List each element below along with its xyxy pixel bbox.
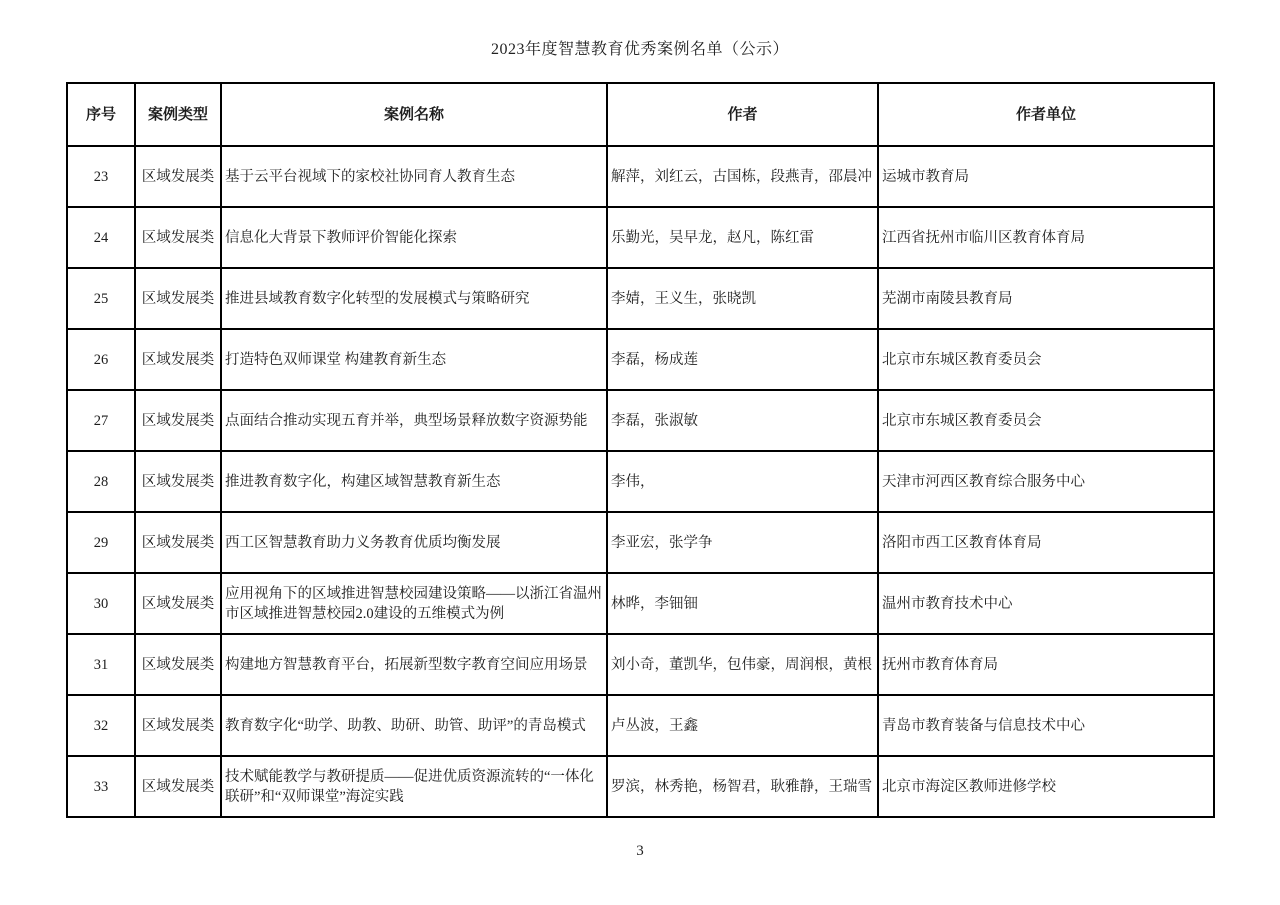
table-row: 31 区域发展类 构建地方智慧教育平台，拓展新型数字教育空间应用场景 刘小奇，董…: [67, 634, 1214, 695]
cell-authors: 李婧，王义生，张晓凯: [607, 268, 878, 329]
cell-authors: 解萍，刘红云，古国栋，段燕青，邵晨冲: [607, 146, 878, 207]
cell-serial-number: 33: [67, 756, 135, 817]
cell-authors: 林晔，李钿钿: [607, 573, 878, 634]
cell-authors: 李磊，杨成莲: [607, 329, 878, 390]
cell-author-unit: 抚州市教育体育局: [878, 634, 1214, 695]
cell-author-unit: 北京市东城区教育委员会: [878, 390, 1214, 451]
table-row: 28 区域发展类 推进教育数字化，构建区域智慧教育新生态 李伟， 天津市河西区教…: [67, 451, 1214, 512]
table-row: 32 区域发展类 教育数字化“助学、助教、助研、助管、助评”的青岛模式 卢丛波，…: [67, 695, 1214, 756]
cell-serial-number: 24: [67, 207, 135, 268]
cell-serial-number: 32: [67, 695, 135, 756]
cell-author-unit: 芜湖市南陵县教育局: [878, 268, 1214, 329]
table-row: 25 区域发展类 推进县域教育数字化转型的发展模式与策略研究 李婧，王义生，张晓…: [67, 268, 1214, 329]
table-body: 23 区域发展类 基于云平台视域下的家校社协同育人教育生态 解萍，刘红云，古国栋…: [67, 146, 1214, 817]
cell-case-type: 区域发展类: [135, 146, 221, 207]
cell-authors: 卢丛波，王鑫: [607, 695, 878, 756]
cell-authors: 刘小奇，董凯华，包伟豪，周润根，黄根: [607, 634, 878, 695]
cell-serial-number: 25: [67, 268, 135, 329]
table-row: 23 区域发展类 基于云平台视域下的家校社协同育人教育生态 解萍，刘红云，古国栋…: [67, 146, 1214, 207]
cell-author-unit: 运城市教育局: [878, 146, 1214, 207]
cell-case-name: 点面结合推动实现五育并举，典型场景释放数字资源势能: [221, 390, 607, 451]
cell-case-name: 信息化大背景下教师评价智能化探索: [221, 207, 607, 268]
cell-case-name: 西工区智慧教育助力义务教育优质均衡发展: [221, 512, 607, 573]
cell-serial-number: 29: [67, 512, 135, 573]
header-authors: 作者: [607, 83, 878, 146]
cell-author-unit: 北京市海淀区教师进修学校: [878, 756, 1214, 817]
cell-serial-number: 27: [67, 390, 135, 451]
cell-serial-number: 31: [67, 634, 135, 695]
cell-author-unit: 天津市河西区教育综合服务中心: [878, 451, 1214, 512]
cell-authors: 李磊，张淑敏: [607, 390, 878, 451]
table-row: 30 区域发展类 应用视角下的区域推进智慧校园建设策略——以浙江省温州市区域推进…: [67, 573, 1214, 634]
cell-author-unit: 北京市东城区教育委员会: [878, 329, 1214, 390]
case-list-table: 序号 案例类型 案例名称 作者 作者单位 23 区域发展类 基于云平台视域下的家…: [66, 82, 1215, 818]
cell-serial-number: 23: [67, 146, 135, 207]
cell-case-type: 区域发展类: [135, 573, 221, 634]
table-row: 24 区域发展类 信息化大背景下教师评价智能化探索 乐勤光，吴早龙，赵凡，陈红雷…: [67, 207, 1214, 268]
table-header-row: 序号 案例类型 案例名称 作者 作者单位: [67, 83, 1214, 146]
cell-authors: 罗滨，林秀艳，杨智君，耿雅静，王瑞雪: [607, 756, 878, 817]
cell-case-type: 区域发展类: [135, 756, 221, 817]
table-row: 33 区域发展类 技术赋能教学与教研提质——促进优质资源流转的“一体化联研”和“…: [67, 756, 1214, 817]
cell-author-unit: 洛阳市西工区教育体育局: [878, 512, 1214, 573]
cell-serial-number: 30: [67, 573, 135, 634]
cell-serial-number: 28: [67, 451, 135, 512]
cell-serial-number: 26: [67, 329, 135, 390]
cell-case-name: 打造特色双师课堂 构建教育新生态: [221, 329, 607, 390]
cell-case-name: 推进县域教育数字化转型的发展模式与策略研究: [221, 268, 607, 329]
cell-case-name: 技术赋能教学与教研提质——促进优质资源流转的“一体化联研”和“双师课堂”海淀实践: [221, 756, 607, 817]
cell-case-type: 区域发展类: [135, 207, 221, 268]
table-row: 26 区域发展类 打造特色双师课堂 构建教育新生态 李磊，杨成莲 北京市东城区教…: [67, 329, 1214, 390]
table-row: 27 区域发展类 点面结合推动实现五育并举，典型场景释放数字资源势能 李磊，张淑…: [67, 390, 1214, 451]
cell-case-name: 构建地方智慧教育平台，拓展新型数字教育空间应用场景: [221, 634, 607, 695]
cell-case-type: 区域发展类: [135, 390, 221, 451]
cell-authors: 李亚宏，张学争: [607, 512, 878, 573]
cell-author-unit: 江西省抚州市临川区教育体育局: [878, 207, 1214, 268]
cell-case-type: 区域发展类: [135, 695, 221, 756]
cell-case-type: 区域发展类: [135, 451, 221, 512]
table-row: 29 区域发展类 西工区智慧教育助力义务教育优质均衡发展 李亚宏，张学争 洛阳市…: [67, 512, 1214, 573]
cell-case-name: 推进教育数字化，构建区域智慧教育新生态: [221, 451, 607, 512]
cell-case-type: 区域发展类: [135, 634, 221, 695]
cell-author-unit: 青岛市教育装备与信息技术中心: [878, 695, 1214, 756]
cell-case-type: 区域发展类: [135, 268, 221, 329]
page-number: 3: [0, 843, 1280, 860]
cell-case-name: 教育数字化“助学、助教、助研、助管、助评”的青岛模式: [221, 695, 607, 756]
cell-authors: 乐勤光，吴早龙，赵凡，陈红雷: [607, 207, 878, 268]
cell-case-type: 区域发展类: [135, 512, 221, 573]
header-author-unit: 作者单位: [878, 83, 1214, 146]
header-case-type: 案例类型: [135, 83, 221, 146]
page-title: 2023年度智慧教育优秀案例名单（公示）: [0, 36, 1280, 59]
header-serial-number: 序号: [67, 83, 135, 146]
header-case-name: 案例名称: [221, 83, 607, 146]
cell-case-type: 区域发展类: [135, 329, 221, 390]
cell-case-name: 基于云平台视域下的家校社协同育人教育生态: [221, 146, 607, 207]
cell-authors: 李伟，: [607, 451, 878, 512]
cell-author-unit: 温州市教育技术中心: [878, 573, 1214, 634]
cell-case-name: 应用视角下的区域推进智慧校园建设策略——以浙江省温州市区域推进智慧校园2.0建设…: [221, 573, 607, 634]
